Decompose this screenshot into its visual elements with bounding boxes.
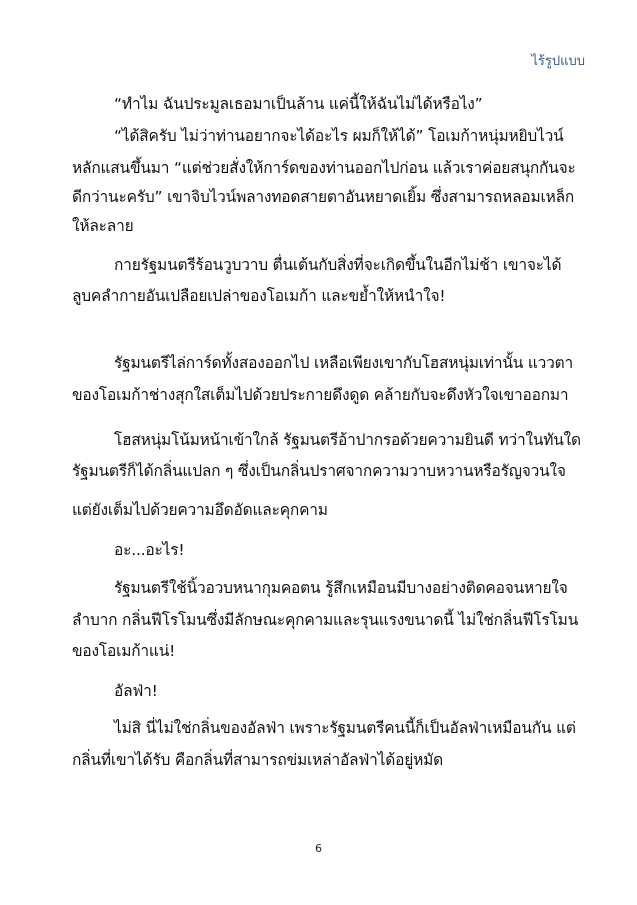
running-header: ไร้รูปแบบ	[531, 50, 585, 71]
text-line: ของโอเมก้าแน่!	[72, 641, 580, 661]
document-page: ไร้รูปแบบ “ทำไม ฉันประมูลเธอมาเป็นล้าน แ…	[0, 0, 637, 905]
text-line: กายรัฐมนตรีร้อนวูบวาบ ตื่นเต้นกับสิ่งที่…	[114, 255, 580, 275]
page-number: 6	[0, 842, 637, 855]
text-line: อัลฟ่า!	[114, 681, 580, 701]
text-line: รัฐมนตรีไล่การ์ดทั้งสองออกไป เหลือเพียงเ…	[114, 353, 580, 373]
text-line: รัฐมนตรีใช้นิ้วอวบหนากุมคอตน รู้สึกเหมือ…	[114, 578, 580, 598]
text-line: อะ...อะไร!	[114, 540, 580, 560]
text-line: ลูบคลำกายอันเปลือยเปล่าของโอเมก้า และขย้…	[72, 286, 580, 306]
text-line: ของโอเมก้าช่างสุกใสเต็มไปด้วยประกายดึงดู…	[72, 385, 580, 405]
text-line: ให้ละลาย	[72, 216, 580, 236]
text-line: “ทำไม ฉันประมูลเธอมาเป็นล้าน แค่นี้ให้ฉั…	[114, 94, 580, 114]
text-line: รัฐมนตรีก็ได้กลิ่นแปลก ๆ ซึ่งเป็นกลิ่นปร…	[72, 461, 580, 481]
text-line: ลำบาก กลิ่นฟีโรโมนซึ่งมีลักษณะคุกคามและร…	[72, 610, 580, 630]
text-line: ดีกว่านะครับ” เขาจิบไวน์พลางทอดสายตาอันห…	[72, 187, 580, 207]
text-line: หลักแสนขึ้นมา “แต่ช่วยสั่งให้การ์ดของท่า…	[72, 158, 580, 178]
text-line: แต่ยังเต็มไปด้วยความอึดอัดและคุกคาม	[72, 500, 580, 520]
text-line: ไม่สิ นี่ไม่ใช่กลิ่นของอัลฟ่า เพราะรัฐมน…	[114, 718, 580, 738]
text-line: โฮสหนุ่มโน้มหน้าเข้าใกล้ รัฐมนตรีอ้าปากร…	[114, 430, 580, 450]
text-line: กลิ่นที่เขาได้รับ คือกลิ่นที่สามารถข่มเห…	[72, 750, 580, 770]
text-line: “ได้สิครับ ไม่ว่าท่านอยากจะได้อะไร ผมก็ใ…	[114, 126, 580, 146]
